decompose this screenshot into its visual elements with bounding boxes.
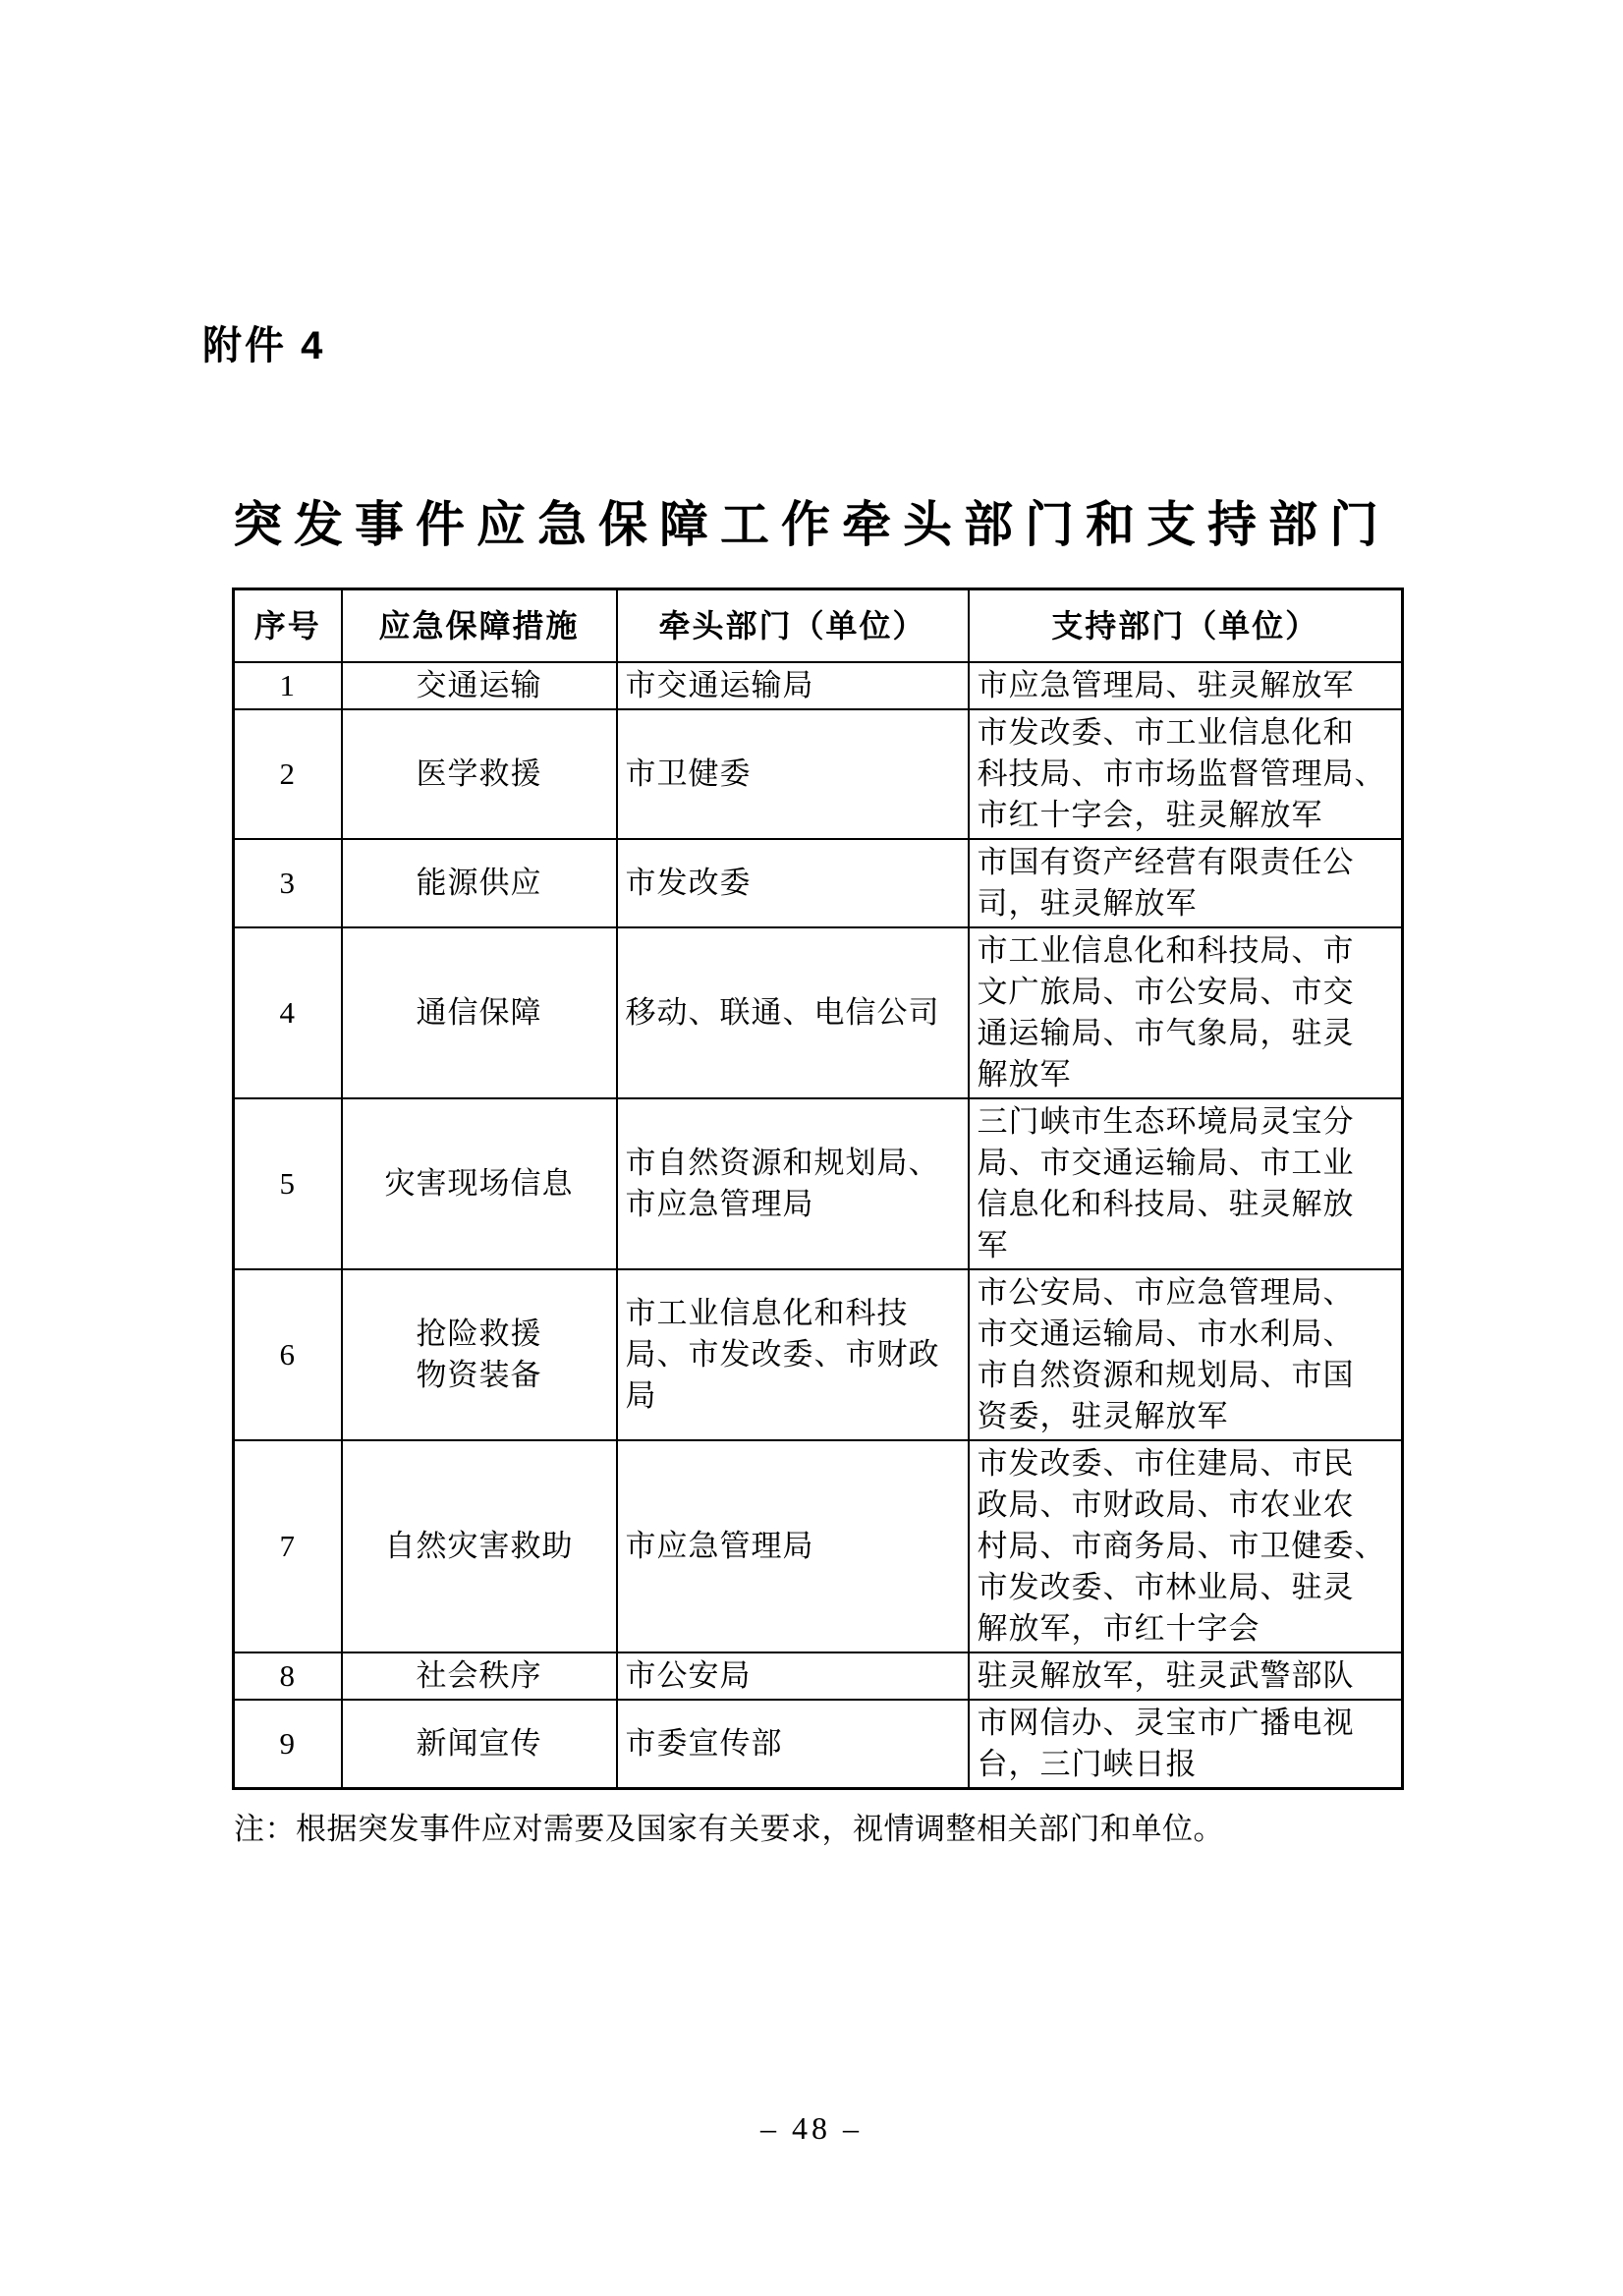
table-row: 9 新闻宣传 市委宣传部 市网信办、灵宝市广播电视 台，三门峡日报 — [234, 1700, 1403, 1789]
cell-measure: 能源供应 — [342, 839, 617, 927]
cell-lead-dept: 市发改委 — [617, 839, 969, 927]
cell-lead-dept: 市委宣传部 — [617, 1700, 969, 1789]
cell-seq: 7 — [234, 1440, 342, 1652]
cell-measure: 抢险救援 物资装备 — [342, 1269, 617, 1440]
cell-measure: 灾害现场信息 — [342, 1098, 617, 1269]
departments-table: 序号 应急保障措施 牵头部门（单位） 支持部门（单位） 1 交通运输 市交通运输… — [232, 588, 1404, 1790]
cell-support-dept: 市发改委、市住建局、市民 政局、市财政局、市农业农 村局、市商务局、市卫健委、 … — [969, 1440, 1403, 1652]
table-row: 3 能源供应 市发改委 市国有资产经营有限责任公 司，驻灵解放军 — [234, 839, 1403, 927]
table-header-row: 序号 应急保障措施 牵头部门（单位） 支持部门（单位） — [234, 589, 1403, 663]
cell-lead-dept: 市公安局 — [617, 1652, 969, 1700]
cell-seq: 3 — [234, 839, 342, 927]
header-cell-seq: 序号 — [234, 589, 342, 663]
cell-lead-dept: 移动、联通、电信公司 — [617, 927, 969, 1098]
cell-seq: 6 — [234, 1269, 342, 1440]
table-row: 7 自然灾害救助 市应急管理局 市发改委、市住建局、市民 政局、市财政局、市农业… — [234, 1440, 1403, 1652]
cell-seq: 8 — [234, 1652, 342, 1700]
cell-seq: 2 — [234, 709, 342, 839]
cell-support-dept: 市工业信息化和科技局、市 文广旅局、市公安局、市交 通运输局、市气象局，驻灵 解… — [969, 927, 1403, 1098]
cell-support-dept: 市应急管理局、驻灵解放军 — [969, 662, 1403, 709]
table-row: 1 交通运输 市交通运输局 市应急管理局、驻灵解放军 — [234, 662, 1403, 709]
cell-support-dept: 市公安局、市应急管理局、 市交通运输局、市水利局、 市自然资源和规划局、市国 资… — [969, 1269, 1403, 1440]
cell-measure: 医学救援 — [342, 709, 617, 839]
table-row: 5 灾害现场信息 市自然资源和规划局、 市应急管理局 三门峡市生态环境局灵宝分 … — [234, 1098, 1403, 1269]
header-cell-support: 支持部门（单位） — [969, 589, 1403, 663]
table-note: 注：根据突发事件应对需要及国家有关要求，视情调整相关部门和单位。 — [234, 1804, 1401, 1848]
cell-seq: 1 — [234, 662, 342, 709]
header-cell-measure: 应急保障措施 — [342, 589, 617, 663]
page-title: 突发事件应急保障工作牵头部门和支持部门 — [0, 485, 1623, 556]
cell-support-dept: 驻灵解放军，驻灵武警部队 — [969, 1652, 1403, 1700]
table-body: 1 交通运输 市交通运输局 市应急管理局、驻灵解放军 2 医学救援 市卫健委 市… — [234, 662, 1403, 1789]
cell-support-dept: 三门峡市生态环境局灵宝分 局、市交通运输局、市工业 信息化和科技局、驻灵解放 军 — [969, 1098, 1403, 1269]
cell-seq: 9 — [234, 1700, 342, 1789]
cell-measure: 通信保障 — [342, 927, 617, 1098]
cell-measure: 社会秩序 — [342, 1652, 617, 1700]
header-cell-lead: 牵头部门（单位） — [617, 589, 969, 663]
cell-lead-dept: 市应急管理局 — [617, 1440, 969, 1652]
table-head: 序号 应急保障措施 牵头部门（单位） 支持部门（单位） — [234, 589, 1403, 663]
cell-lead-dept: 市卫健委 — [617, 709, 969, 839]
table-row: 4 通信保障 移动、联通、电信公司 市工业信息化和科技局、市 文广旅局、市公安局… — [234, 927, 1403, 1098]
cell-measure: 交通运输 — [342, 662, 617, 709]
cell-measure: 新闻宣传 — [342, 1700, 617, 1789]
cell-support-dept: 市网信办、灵宝市广播电视 台，三门峡日报 — [969, 1700, 1403, 1789]
table-row: 2 医学救援 市卫健委 市发改委、市工业信息化和 科技局、市市场监督管理局、 市… — [234, 709, 1403, 839]
cell-lead-dept: 市工业信息化和科技 局、市发改委、市财政 局 — [617, 1269, 969, 1440]
cell-lead-dept: 市自然资源和规划局、 市应急管理局 — [617, 1098, 969, 1269]
table-row: 6 抢险救援 物资装备 市工业信息化和科技 局、市发改委、市财政 局 市公安局、… — [234, 1269, 1403, 1440]
cell-seq: 5 — [234, 1098, 342, 1269]
attachment-label: 附件 4 — [202, 314, 325, 370]
cell-support-dept: 市国有资产经营有限责任公 司，驻灵解放军 — [969, 839, 1403, 927]
cell-support-dept: 市发改委、市工业信息化和 科技局、市市场监督管理局、 市红十字会，驻灵解放军 — [969, 709, 1403, 839]
table-row: 8 社会秩序 市公安局 驻灵解放军，驻灵武警部队 — [234, 1652, 1403, 1700]
cell-lead-dept: 市交通运输局 — [617, 662, 969, 709]
table-section: 序号 应急保障措施 牵头部门（单位） 支持部门（单位） 1 交通运输 市交通运输… — [232, 588, 1401, 1848]
cell-measure: 自然灾害救助 — [342, 1440, 617, 1652]
page-number: – 48 – — [0, 2110, 1623, 2147]
page: 附件 4 突发事件应急保障工作牵头部门和支持部门 序号 应急保障措施 牵头部门（… — [0, 0, 1623, 2296]
cell-seq: 4 — [234, 927, 342, 1098]
